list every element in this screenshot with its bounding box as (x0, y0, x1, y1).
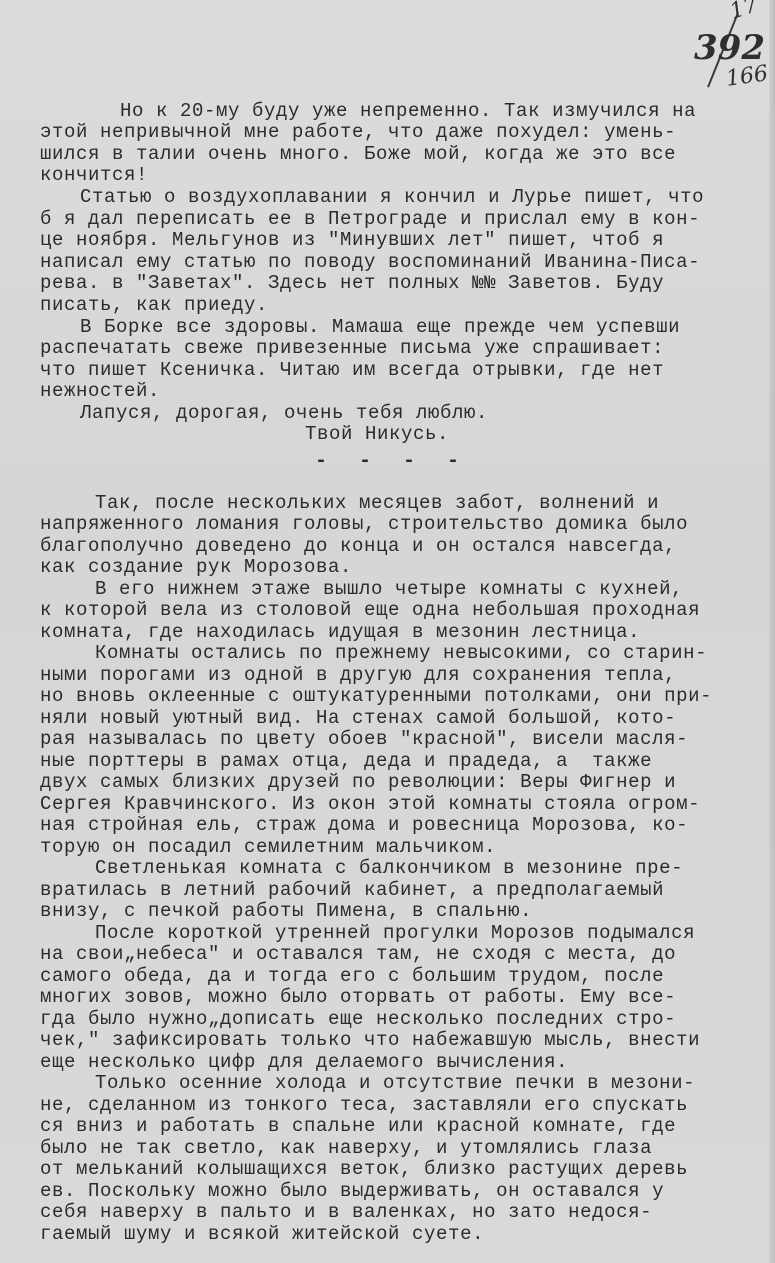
letter-line: писать, как приеду. (40, 294, 268, 316)
memoir-line: В его нижнем этаже вышло четыре комнаты … (95, 578, 683, 600)
scanned-page: 17 392 166 Но к 20-му буду уже непременн… (0, 0, 775, 1263)
memoir-line: ся вниз и работать в спальне или красной… (40, 1115, 676, 1137)
memoir-line: к которой вела из столовой еще одна небо… (40, 599, 700, 621)
memoir-line: После короткой утренней прогулки Морозов… (95, 922, 695, 944)
memoir-line: вратилась в летний рабочий кабинет, а пр… (40, 879, 664, 901)
memoir-line: себя наверху в пальто и в валенках, но з… (40, 1201, 652, 1223)
section-separator: - - - - (315, 450, 469, 473)
letter-signature: Твой Никусь. (305, 423, 449, 445)
memoir-line: ными порогами из одной в другую для сохр… (40, 664, 676, 686)
page-edge (769, 0, 775, 1263)
letter-line: шился в талии очень много. Боже мой, ког… (40, 143, 676, 165)
memoir-line: торую он посадил семилетним мальчиком. (40, 836, 496, 858)
archive-folio-mark: 17 392 166 (684, 2, 769, 102)
memoir-line: самого обеда, да и тогда его с большим т… (40, 965, 664, 987)
memoir-line: гаемый шуму и всякой житейской суете. (40, 1223, 484, 1245)
letter-line: б я дал переписать ее в Петрограде и при… (40, 208, 700, 230)
memoir-line: чек," зафиксировать только что набежавшу… (40, 1029, 700, 1051)
memoir-line: комната, где находилась идущая в мезонин… (40, 621, 640, 643)
letter-line: рева. в "Заветах". Здесь нет полных №№ З… (40, 272, 664, 294)
memoir-line: ные порттеры в рамах отца, деда и прадед… (40, 750, 652, 772)
letter-line: нежностей. (40, 380, 160, 402)
memoir-line: няли новый уютный вид. На стенах самой б… (40, 707, 676, 729)
memoir-line: не, сделанном из тонкого теса, заставлял… (40, 1094, 688, 1116)
memoir-line: внизу, с печкой работы Пимена, в спальню… (40, 900, 532, 922)
letter-line: Статью о воздухоплавании я кончил и Лурь… (80, 186, 704, 208)
memoir-line: ная стройная ель, страж дома и ровесница… (40, 814, 688, 836)
letter-line: Но к 20-му буду уже непременно. Так изму… (120, 100, 696, 122)
memoir-line: было не так светло, как наверху, и утомл… (40, 1137, 652, 1159)
memoir-line: Комнаты остались по прежнему невысокими,… (95, 642, 707, 664)
letter-line: В Борке все здоровы. Мамаша еще прежде ч… (80, 316, 680, 338)
archive-mark-top: 17 (727, 0, 761, 25)
memoir-line: Светленькая комната с балкончиком в мезо… (95, 857, 683, 879)
memoir-line: напряженного ломания головы, строительст… (40, 513, 688, 535)
letter-line: распечатать свеже привезенные письма уже… (40, 337, 664, 359)
memoir-line: гда было нужно„дописать еще несколько по… (40, 1008, 676, 1030)
memoir-line: на свои„небеса" и оставался там, не сход… (40, 943, 676, 965)
memoir-line: Только осенние холода и отсутствие печки… (95, 1072, 695, 1094)
letter-line: этой непривычной мне работе, что даже по… (40, 121, 676, 143)
memoir-line: многих зовов, можно было оторвать от раб… (40, 986, 676, 1008)
letter-line: что пишет Ксеничка. Читаю им всегда отры… (40, 359, 664, 381)
memoir-line: от мельканий колышащихся веток, близко р… (40, 1158, 688, 1180)
memoir-line: Сергея Кравчинского. Из окон этой комнат… (40, 793, 700, 815)
memoir-line: еще несколько цифр для делаемого вычисле… (40, 1051, 568, 1073)
letter-line: Лапуся, дорогая, очень тебя люблю. (80, 402, 488, 424)
letter-line: це ноября. Мельгунов из "Минувших лет" п… (40, 229, 664, 251)
memoir-line: но вновь оклеенные с оштукатуренными пот… (40, 685, 712, 707)
letter-line: написал ему статью по поводу воспоминани… (40, 251, 700, 273)
archive-mark-sheet: 166 (724, 61, 769, 92)
memoir-line: двух самых близких друзей по революции: … (40, 771, 676, 793)
memoir-line: как создание рук Морозова. (40, 556, 352, 578)
memoir-line: благополучно доведено до конца и он оста… (40, 535, 676, 557)
memoir-line: Так, после нескольких месяцев забот, вол… (95, 492, 659, 514)
memoir-line: рая называлась по цвету обоев "красной",… (40, 728, 688, 750)
letter-line: кончится! (40, 164, 148, 186)
memoir-line: ев. Поскольку можно было выдерживать, он… (40, 1180, 664, 1202)
